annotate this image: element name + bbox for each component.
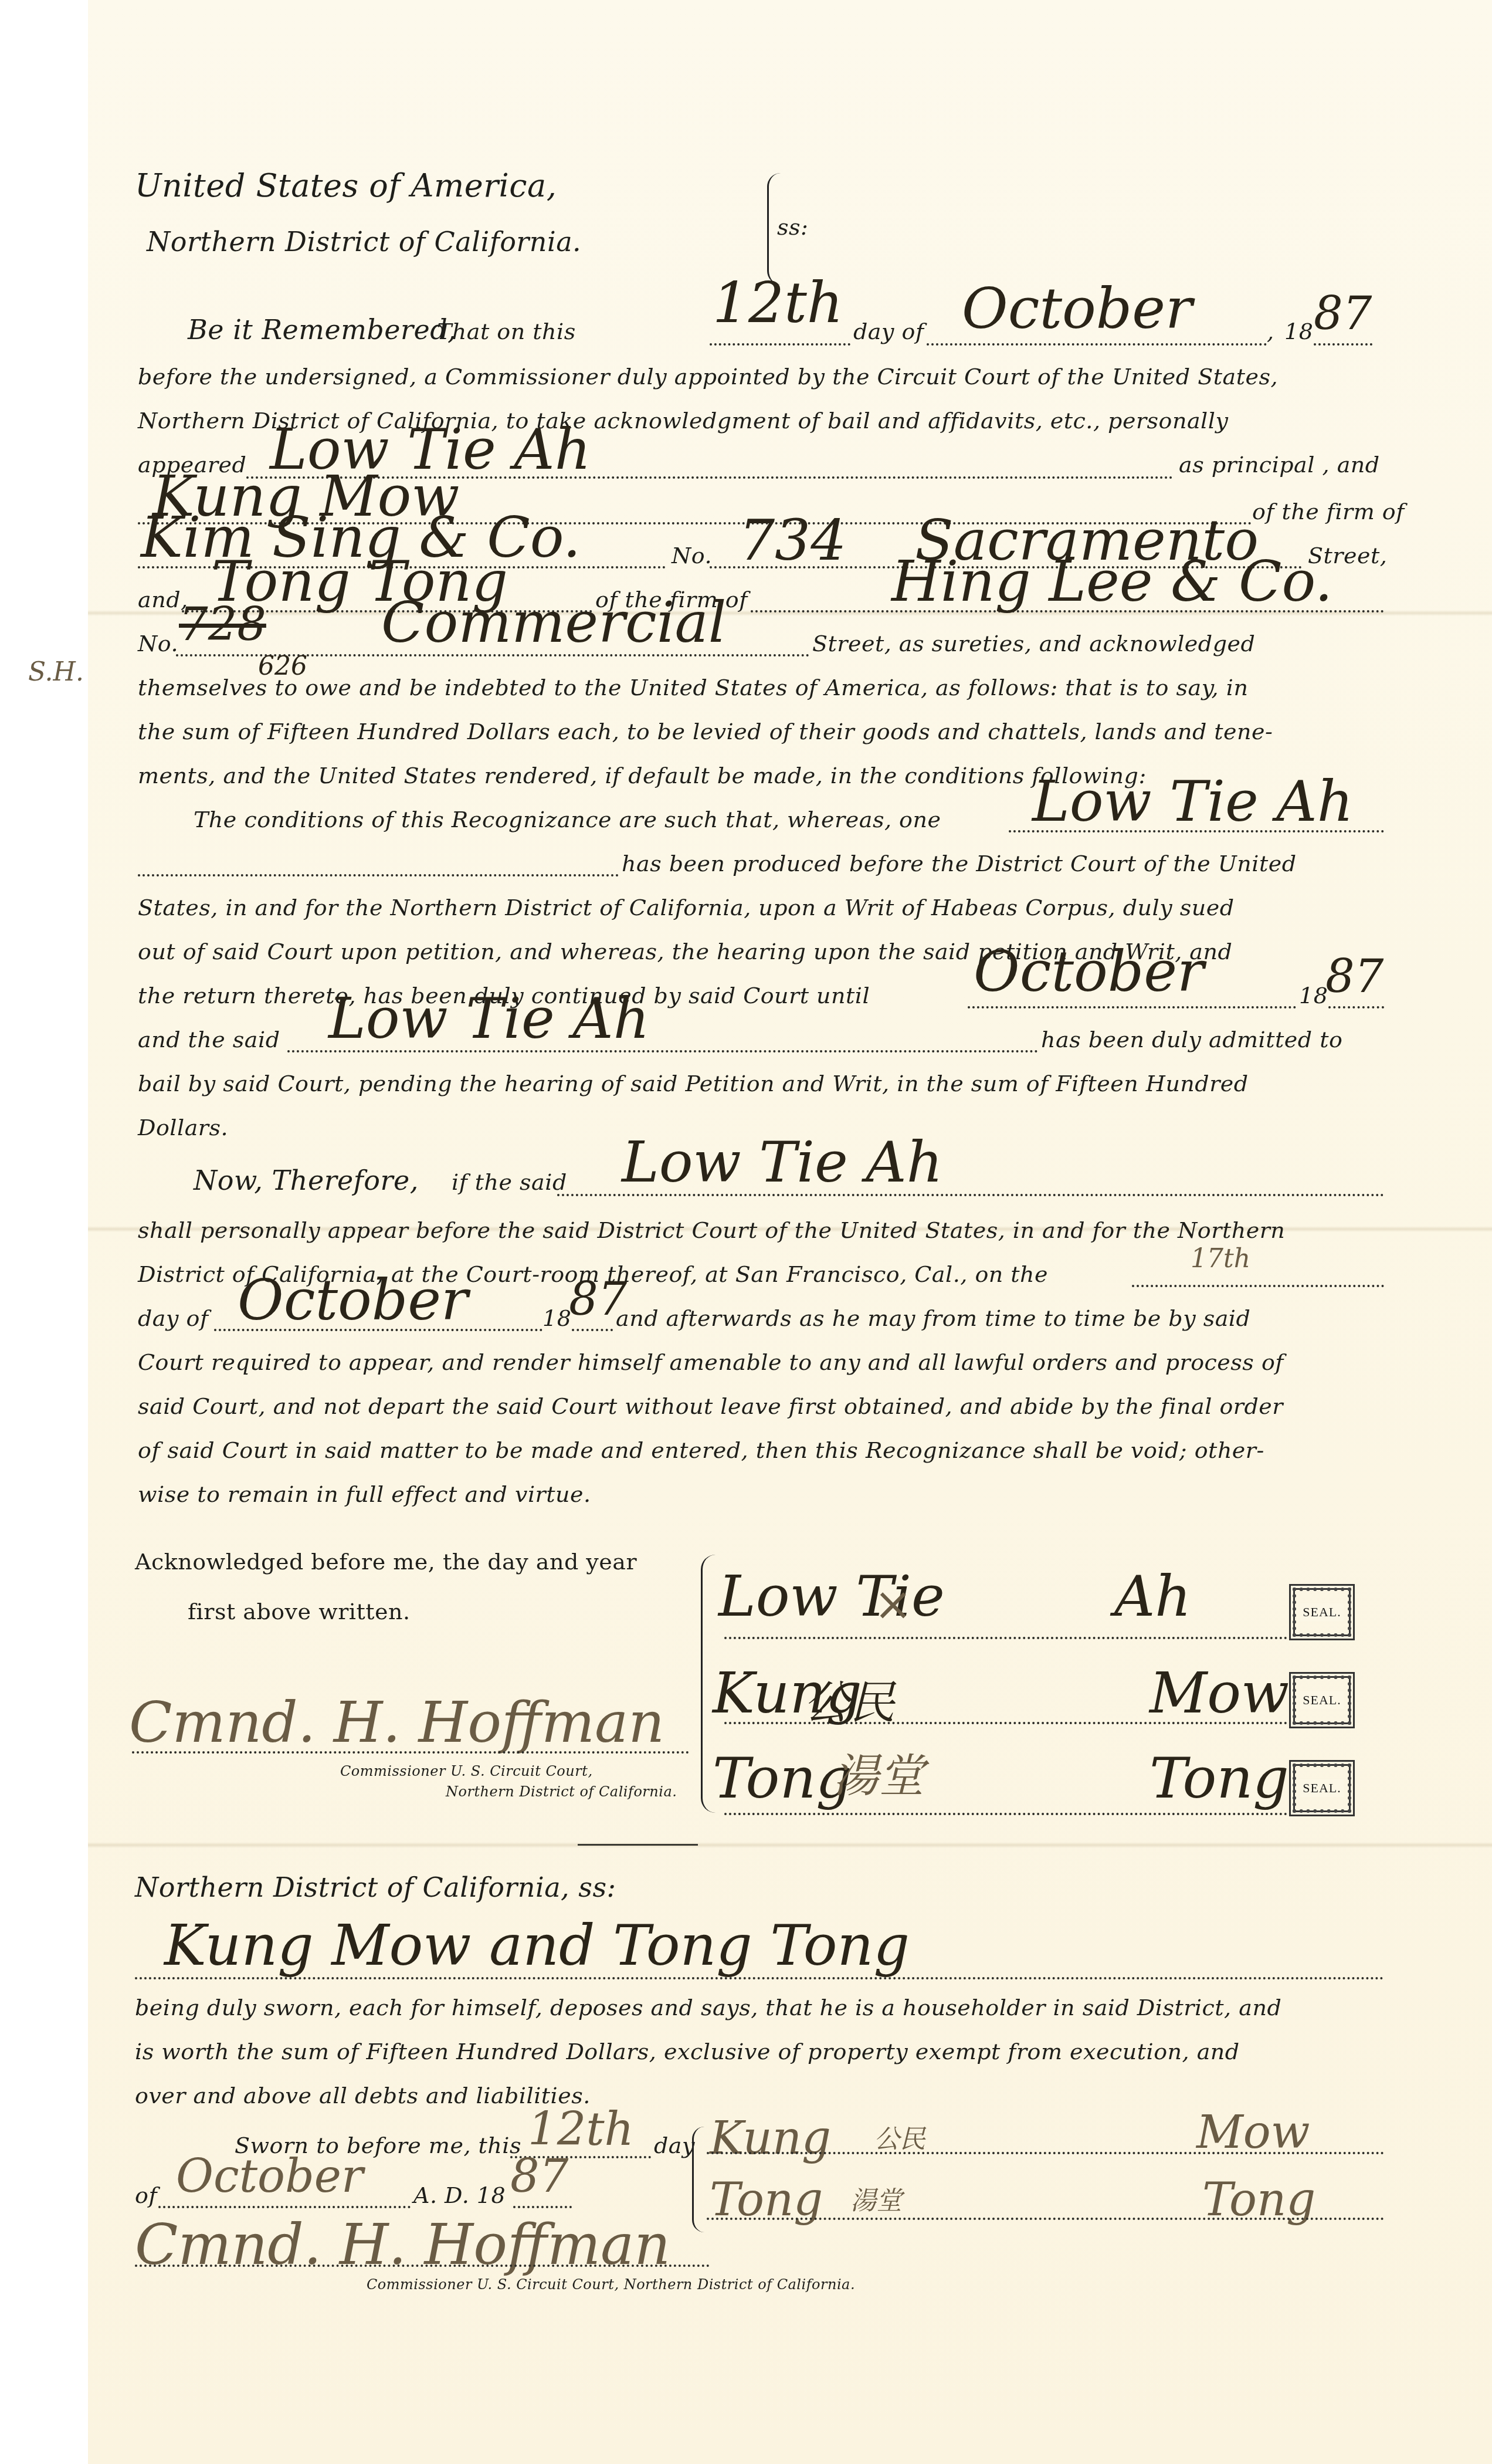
- sworn-day: 12th: [528, 2103, 634, 2156]
- body-line: themselves to owe and be indebted to the…: [138, 675, 1248, 700]
- body-line: said Court, and not depart the said Cour…: [138, 1393, 1283, 1419]
- if-the-said-label: if the said: [452, 1169, 567, 1195]
- conditions-name-cont-line: [138, 874, 619, 876]
- comma: ,: [1267, 319, 1274, 344]
- seal-label: SEAL.: [1300, 1603, 1344, 1621]
- signature-line: [724, 1722, 1287, 1724]
- body-line: States, in and for the Northern District…: [138, 895, 1235, 920]
- body-line: is worth the sum of Fifteen Hundred Doll…: [135, 2039, 1240, 2064]
- signer-name-right: Tong: [1149, 1745, 1289, 1811]
- conditions-person-name: Low Tie Ah: [1032, 769, 1353, 834]
- commissioner-title-2: Northern District of California.: [446, 1783, 677, 1800]
- year-prefix: 18: [1299, 983, 1328, 1008]
- body-line: before the undersigned, a Commissioner d…: [138, 364, 1278, 390]
- seal-box: SEAL.: [1289, 1760, 1355, 1816]
- no-label-2: No.: [138, 631, 178, 656]
- signer-name-left: Tong: [713, 1745, 852, 1811]
- body-line: bail by said Court, pending the hearing …: [138, 1071, 1249, 1096]
- venue-mark: ss:: [777, 214, 808, 240]
- seal-box: SEAL.: [1289, 1584, 1355, 1640]
- now-therefore: Now, Therefore,: [194, 1165, 419, 1196]
- and-the-said-label: and the said: [138, 1027, 280, 1052]
- affidavit-signer1-chinese: 公民: [874, 2118, 925, 2155]
- body-line: wise to remain in full effect and virtue…: [138, 1481, 591, 1507]
- seal-label: SEAL.: [1300, 1691, 1344, 1709]
- filled-day: 12th: [713, 270, 843, 336]
- of-label: of: [135, 2182, 157, 2208]
- sworn-month-line: [158, 2206, 411, 2208]
- affidavit-signer1-right: Mow: [1196, 2106, 1310, 2159]
- day-label: day: [654, 2133, 695, 2158]
- acknowledged-line-2: first above written.: [188, 1599, 411, 1624]
- section-divider: [578, 1844, 698, 1846]
- appear-day-line: [1132, 1285, 1384, 1287]
- year-prefix: 18: [1284, 319, 1313, 344]
- commissioner-title-1: Commissioner U. S. Circuit Court,: [340, 1763, 593, 1779]
- affidavit-signer1-left: Kung: [710, 2112, 831, 2165]
- signature-line: [724, 1637, 1287, 1639]
- month-field-line: [927, 343, 1267, 346]
- fold-crease: [88, 1842, 1492, 1848]
- continued-month-line: [968, 1006, 1296, 1008]
- ad-label: A. D. 18: [413, 2182, 506, 2208]
- appear-month: October: [238, 1267, 468, 1333]
- signer-name-right: Ah: [1114, 1563, 1191, 1629]
- body-line: ments, and the United States rendered, i…: [138, 763, 1147, 788]
- filled-month: October: [962, 276, 1192, 341]
- commissioner-signature: Cmnd. H. Hoffman: [129, 1690, 664, 1755]
- day-of-label: day of: [853, 319, 924, 344]
- signer-chinese: 湯堂: [833, 1739, 924, 1805]
- be-it-remembered: Be it Remembered,: [188, 314, 456, 346]
- continued-year-line: [1328, 1006, 1384, 1008]
- affidavit-commissioner-title: Commissioner U. S. Circuit Court, Northe…: [367, 2276, 855, 2293]
- day-of-label: day of: [138, 1305, 208, 1331]
- affidavit-sureties-line: [135, 1977, 1384, 1979]
- body-line: and afterwards as he may from time to ti…: [616, 1305, 1250, 1331]
- surety1-number: 734: [739, 507, 846, 573]
- therefore-person-name: Low Tie Ah: [622, 1129, 942, 1195]
- produced-label: has been produced before the District Co…: [622, 851, 1297, 876]
- admitted-name: Low Tie Ah: [328, 986, 649, 1051]
- margin-note: S.H.: [28, 657, 84, 687]
- body-line: Dollars.: [138, 1115, 228, 1140]
- sworn-year-line: [513, 2206, 572, 2208]
- year-prefix: 18: [542, 1305, 571, 1331]
- that-on-this-label: That on this: [437, 319, 576, 344]
- appear-year-line: [572, 1329, 613, 1331]
- affidavit-commissioner-signature: Cmnd. H. Hoffman: [135, 2212, 670, 2277]
- seal-label: SEAL.: [1300, 1779, 1344, 1797]
- affidavit-signer1-line: [707, 2152, 1384, 2154]
- sworn-year: 87: [510, 2150, 568, 2203]
- body-line: over and above all debts and liabilities…: [135, 2083, 591, 2108]
- header-line-2: Northern District of California.: [147, 226, 581, 258]
- day-field-line: [710, 343, 850, 346]
- admitted-label: has been duly admitted to: [1041, 1027, 1342, 1052]
- street-sureties-label: Street, as sureties, and acknowledged: [812, 631, 1255, 656]
- affidavit-signer2-chinese: 湯堂: [850, 2179, 902, 2217]
- body-line: the sum of Fifteen Hundred Dollars each,…: [138, 719, 1273, 744]
- of-the-firm-label: of the firm of: [1252, 499, 1405, 524]
- affidavit-signer2-line: [707, 2218, 1384, 2220]
- seal-box: SEAL.: [1289, 1672, 1355, 1728]
- continued-year: 87: [1325, 950, 1384, 1003]
- filled-year: 87: [1314, 287, 1372, 340]
- acknowledged-line-1: Acknowledged before me, the day and year: [135, 1549, 637, 1575]
- signer-mark: ×: [874, 1578, 912, 1631]
- body-line: Court required to appear, and render him…: [138, 1349, 1284, 1375]
- conditions-intro: The conditions of this Recognizance are …: [194, 807, 941, 832]
- affidavit-signer-brace: [692, 2127, 704, 2232]
- continued-month: October: [974, 939, 1204, 1004]
- surety2-number-struck: 728: [179, 598, 266, 651]
- signer-name-right: Mow: [1149, 1660, 1289, 1726]
- surety2-firm: Hing Lee & Co.: [891, 549, 1332, 614]
- affidavit-heading: Northern District of California, ss:: [135, 1871, 616, 1903]
- affidavit-commissioner-line: [135, 2265, 710, 2267]
- affidavit-sureties: Kung Mow and Tong Tong: [164, 1913, 910, 1978]
- body-line: being duly sworn, each for himself, depo…: [135, 1995, 1281, 2020]
- surety2-street: Commercial: [381, 590, 726, 655]
- year-field-line: [1314, 343, 1372, 346]
- sworn-month: October: [176, 2150, 363, 2203]
- signature-line: [724, 1813, 1287, 1815]
- commissioner-signature-line: [132, 1751, 689, 1754]
- no-label: No.: [672, 543, 712, 568]
- as-principal-label: as principal , and: [1179, 452, 1380, 478]
- body-line: shall personally appear before the said …: [138, 1217, 1285, 1243]
- body-line: of said Court in said matter to be made …: [138, 1437, 1264, 1463]
- appear-day: 17th: [1191, 1244, 1250, 1274]
- header-line-1: United States of America,: [135, 167, 557, 204]
